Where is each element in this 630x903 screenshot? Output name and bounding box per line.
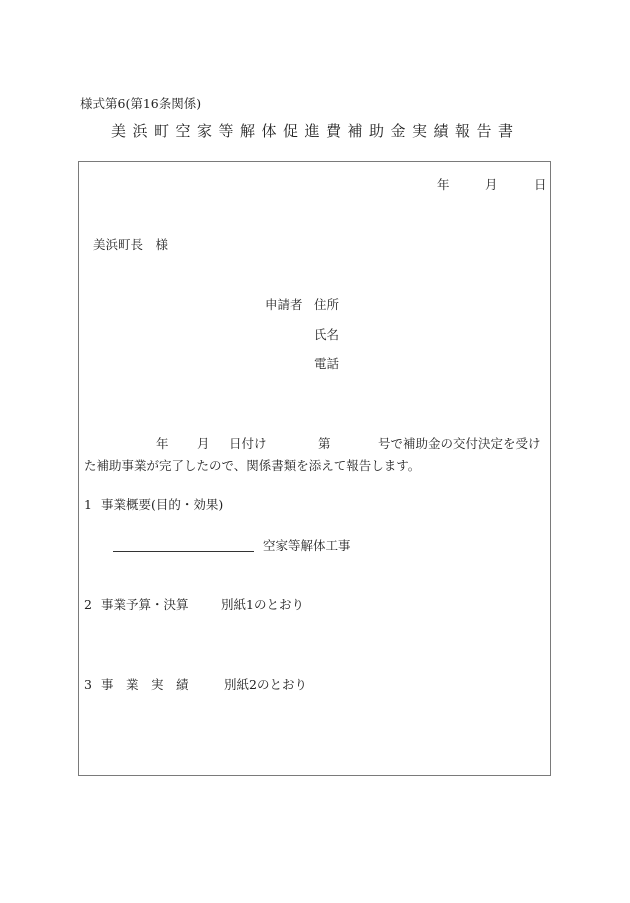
applicant-label: 申請者 [265, 298, 303, 312]
section-1-label: 事業概要(目的・効果) [101, 498, 223, 512]
body-year: 年 [156, 437, 169, 451]
section-1-blank-line [113, 551, 254, 552]
section-3-label: 事 業 実 績 [101, 678, 189, 692]
date-month-label: 月 [485, 178, 498, 192]
section-1-value: 空家等解体工事 [263, 539, 351, 553]
date-year-label: 年 [437, 178, 450, 192]
date-day-label: 日 [534, 178, 547, 192]
document-title: 美浜町空家等解体促進費補助金実績報告書 [111, 124, 520, 138]
body-dated: 日付け [229, 437, 267, 451]
section-2-value: 別紙1のとおり [221, 598, 304, 612]
section-3-number: 3 [84, 678, 92, 692]
name-label: 氏名 [314, 328, 339, 342]
phone-label: 電話 [314, 357, 339, 371]
section-3-value: 別紙2のとおり [224, 678, 307, 692]
section-2-number: 2 [84, 598, 92, 612]
section-1-number: 1 [84, 498, 92, 512]
body-number-prefix: 第 [318, 437, 331, 451]
body-month: 月 [197, 437, 210, 451]
form-number: 様式第6(第16条関係) [80, 97, 201, 111]
addressee: 美浜町長 様 [93, 238, 168, 252]
body-line1-rest: 号で補助金の交付決定を受け [378, 437, 541, 451]
address-label: 住所 [314, 298, 339, 312]
section-2-label: 事業予算・決算 [101, 598, 189, 612]
body-line2: た補助事業が完了したので、関係書類を添えて報告します。 [84, 459, 420, 473]
